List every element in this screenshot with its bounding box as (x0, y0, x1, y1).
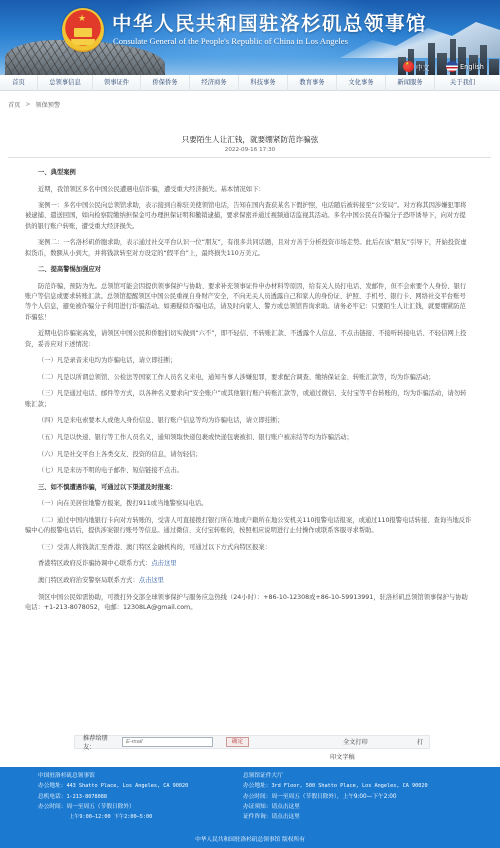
share-confirm-button[interactable]: 确定 (226, 737, 249, 747)
hk-contact-link[interactable]: 点击这里 (151, 560, 176, 567)
nav-consular-documents[interactable]: 领事证件 (93, 75, 141, 91)
language-english-link[interactable]: English (446, 61, 484, 72)
breadcrumb: 首页 > 领保预警 (8, 100, 60, 109)
list-item: （一）凡是录音来电均为诈骗电话，请立即挂断； (25, 356, 472, 366)
footer-address-value: 443 Shatto Place, Los Angeles, CA 90020 (66, 783, 188, 789)
footer-address: 办公地址：443 Shatto Place, Los Angeles, CA 9… (38, 781, 188, 791)
hk-contact-label: 香港特区政府反诈骗协调中心联系方式： (38, 560, 151, 567)
main-nav: 首页 总领事信息 领事证件 侨保侨务 经济商务 科技事务 教育事务 文化事务 新… (0, 75, 500, 91)
article-date: 2022-09-16 17:30 (0, 147, 500, 153)
star-icon: ★ (78, 15, 86, 24)
footer-notice-label: 办证须知： (243, 804, 271, 810)
list-item: （三）受害人将钱款汇至香港、澳门特区金融机构的，可通过以下方式向特区报案： (25, 543, 472, 553)
tiananmen-gate-icon (74, 28, 92, 37)
paragraph: 案例一：多名中国公民向总领馆求助，表示接到自称驻美使领馆电话，告知在国内查获某名… (25, 201, 472, 232)
print-article-text-link[interactable]: 印文字稿 (330, 752, 355, 761)
footer-hours-days: 周一至周五（节假日除外） (66, 804, 134, 810)
paragraph: 防范诈骗，预防为先。总领馆可能会因提供领事保护与协助、要求补充领事证件申办材料等… (25, 282, 472, 323)
site-banner: ★ 中华人民共和国驻洛杉矶总领事馆 Consulate General of t… (0, 0, 500, 75)
footer-phone: 总机电话：1-213-8078088 (38, 792, 188, 802)
section-heading: 一、典型案例 (25, 168, 472, 178)
footer-inquiry: 证件咨询：请点击这里 (243, 812, 428, 822)
nav-news[interactable]: 新闻服务 (386, 75, 435, 91)
list-item: （一）向在美居住地警方报案，拨打911或当地警察局电话。 (25, 499, 472, 509)
site-title-cn: 中华人民共和国驻洛杉矶总领事馆 (112, 12, 427, 36)
language-chinese-link[interactable]: 中文 (403, 61, 429, 72)
list-item: （四）凡是来电索要本人或他人身份信息、银行账户信息等均为诈骗电话，请立即挂断； (25, 416, 472, 426)
nav-home[interactable]: 首页 (0, 75, 38, 91)
footer-hall-address-value: 3rd Floor, 500 Shatto Place, Los Angeles… (271, 783, 427, 789)
footer-copyright: 中华人民共和国驻洛杉矶总领事馆 版权所有 (0, 835, 500, 845)
footer-hall-address: 办公地址：3rd Floor, 500 Shatto Place, Los An… (243, 781, 428, 791)
list-item: （六）凡是社交平台上各类交友、投资的信息，请勿轻信； (25, 450, 472, 460)
national-emblem-icon: ★ (62, 8, 104, 52)
nav-overseas-chinese-affairs[interactable]: 侨保侨务 (141, 75, 190, 91)
share-bar: 推荐给朋友： 确定 全文打印 打 (74, 735, 430, 749)
nav-consul-general-info[interactable]: 总领事信息 (38, 75, 93, 91)
footer-hours: 办公时间：周一至周五（节假日除外） (38, 802, 188, 812)
breadcrumb-home-link[interactable]: 首页 (8, 100, 20, 109)
share-email-input[interactable] (122, 737, 213, 747)
list-item: （五）凡是以快递、银行等工作人员名义，通知领取快递包裹或快递包裹被扣、银行账户被… (25, 433, 472, 443)
nav-about-us[interactable]: 关于我们 (435, 75, 490, 91)
footer-address-label: 办公地址： (38, 783, 66, 789)
footer-hall-hours-value: 周一至周五（节假日除外），上午9:00—下午2:00 (271, 794, 396, 800)
paragraph: 案例二：一名洛杉矶侨胞求助，表示通过社交平台认识一位“朋友”，有很多共同话题，且… (25, 238, 472, 259)
list-item: （三）凡是通过电话、邮件等方式，以各种名义要求向“安全账户”或其他银行账户转账汇… (25, 389, 472, 410)
nav-science-technology[interactable]: 科技事务 (239, 75, 288, 91)
footer-hall-hours: 办公时间：周一至周五（节假日除外），上午9:00—下午2:00 (243, 792, 428, 802)
hk-contact: 香港特区政府反诈骗协调中心联系方式：点击这里 (25, 559, 472, 569)
macau-contact-link[interactable]: 点击这里 (139, 577, 164, 584)
footer-notice: 办证须知：请点击这里 (243, 802, 428, 812)
divider (8, 157, 491, 158)
us-flag-icon (446, 61, 458, 72)
breadcrumb-current-link[interactable]: 领保预警 (35, 100, 60, 109)
language-chinese-label: 中文 (416, 62, 429, 72)
nav-education[interactable]: 教育事务 (288, 75, 337, 91)
footer-hall-address-label: 办公地址： (243, 783, 271, 789)
article-title: 只要陌生人让汇钱，就要绷紧防范诈骗弦 (0, 134, 500, 145)
nav-economic-commerce[interactable]: 经济商务 (190, 75, 239, 91)
footer: 中国驻洛杉矶总领事馆 办公地址：443 Shatto Place, Los An… (0, 767, 500, 848)
section-heading: 二、提高警惕加强应对 (25, 265, 472, 275)
language-english-label: English (460, 63, 484, 71)
closing-paragraph: 领区中国公民如需协助，可拨打外交部全球领事保护与服务应急热线（24小时）：+86… (25, 593, 472, 614)
list-item: （二）凡是以所谓总领馆、公检法等国家工作人员名义来电，通知当事人涉嫌犯罪，要求配… (25, 373, 472, 383)
print-full-text-link[interactable]: 全文打印 (343, 737, 368, 746)
footer-hall-name: 总领馆证件大厅 (243, 771, 428, 781)
footer-notice-link[interactable]: 请点击这里 (271, 804, 299, 810)
footer-document-hall-info: 总领馆证件大厅 办公地址：3rd Floor, 500 Shatto Place… (243, 771, 428, 822)
macau-contact-label: 澳门特区政府治安警察局联系方式： (38, 577, 139, 584)
list-item: （二）通过中国内地银行卡向对方转账的，受害人可直接拨打银行所在地或户籍所在地公安… (25, 516, 472, 537)
footer-phone-value: 1-213-8078088 (66, 794, 107, 800)
list-item: （七）凡是来历不明的电子邮件、短信链接不点击。 (25, 466, 472, 476)
print-link[interactable]: 打 (417, 737, 423, 746)
nav-culture[interactable]: 文化事务 (337, 75, 386, 91)
site-title-en: Consulate General of the People's Republ… (113, 36, 348, 46)
china-flag-icon (403, 61, 414, 72)
article-body: 一、典型案例 近期，我馆领区多名中国公民遭遇电信诈骗，遭受重大经济损失。基本情况… (25, 168, 472, 619)
paragraph: 近期电信诈骗案高发，请领区中国公民和侨胞们切实做到“六不”，即不轻信、不转账汇款… (25, 329, 472, 350)
breadcrumb-separator-icon: > (25, 101, 30, 108)
footer-consulate-info: 中国驻洛杉矶总领事馆 办公地址：443 Shatto Place, Los An… (38, 771, 188, 822)
emblem-base (71, 39, 95, 45)
footer-phone-label: 总机电话： (38, 794, 66, 800)
footer-hours-times: 上午9:00—12:00 下午2:00—5:00 (38, 812, 188, 822)
footer-hall-hours-label: 办公时间： (243, 794, 271, 800)
paragraph: 近期，我馆领区多名中国公民遭遇电信诈骗，遭受重大经济损失。基本情况如下： (25, 185, 472, 195)
macau-contact: 澳门特区政府治安警察局联系方式：点击这里 (25, 576, 472, 586)
footer-inquiry-link[interactable]: 请点击这里 (271, 814, 299, 820)
section-heading: 三、如不慎遭遇诈骗，可通过以下渠道及时报案： (25, 483, 472, 493)
footer-hours-label: 办公时间： (38, 804, 66, 810)
share-label: 推荐给朋友： (83, 733, 120, 751)
footer-consulate-name: 中国驻洛杉矶总领事馆 (38, 771, 188, 781)
footer-inquiry-label: 证件咨询： (243, 814, 271, 820)
